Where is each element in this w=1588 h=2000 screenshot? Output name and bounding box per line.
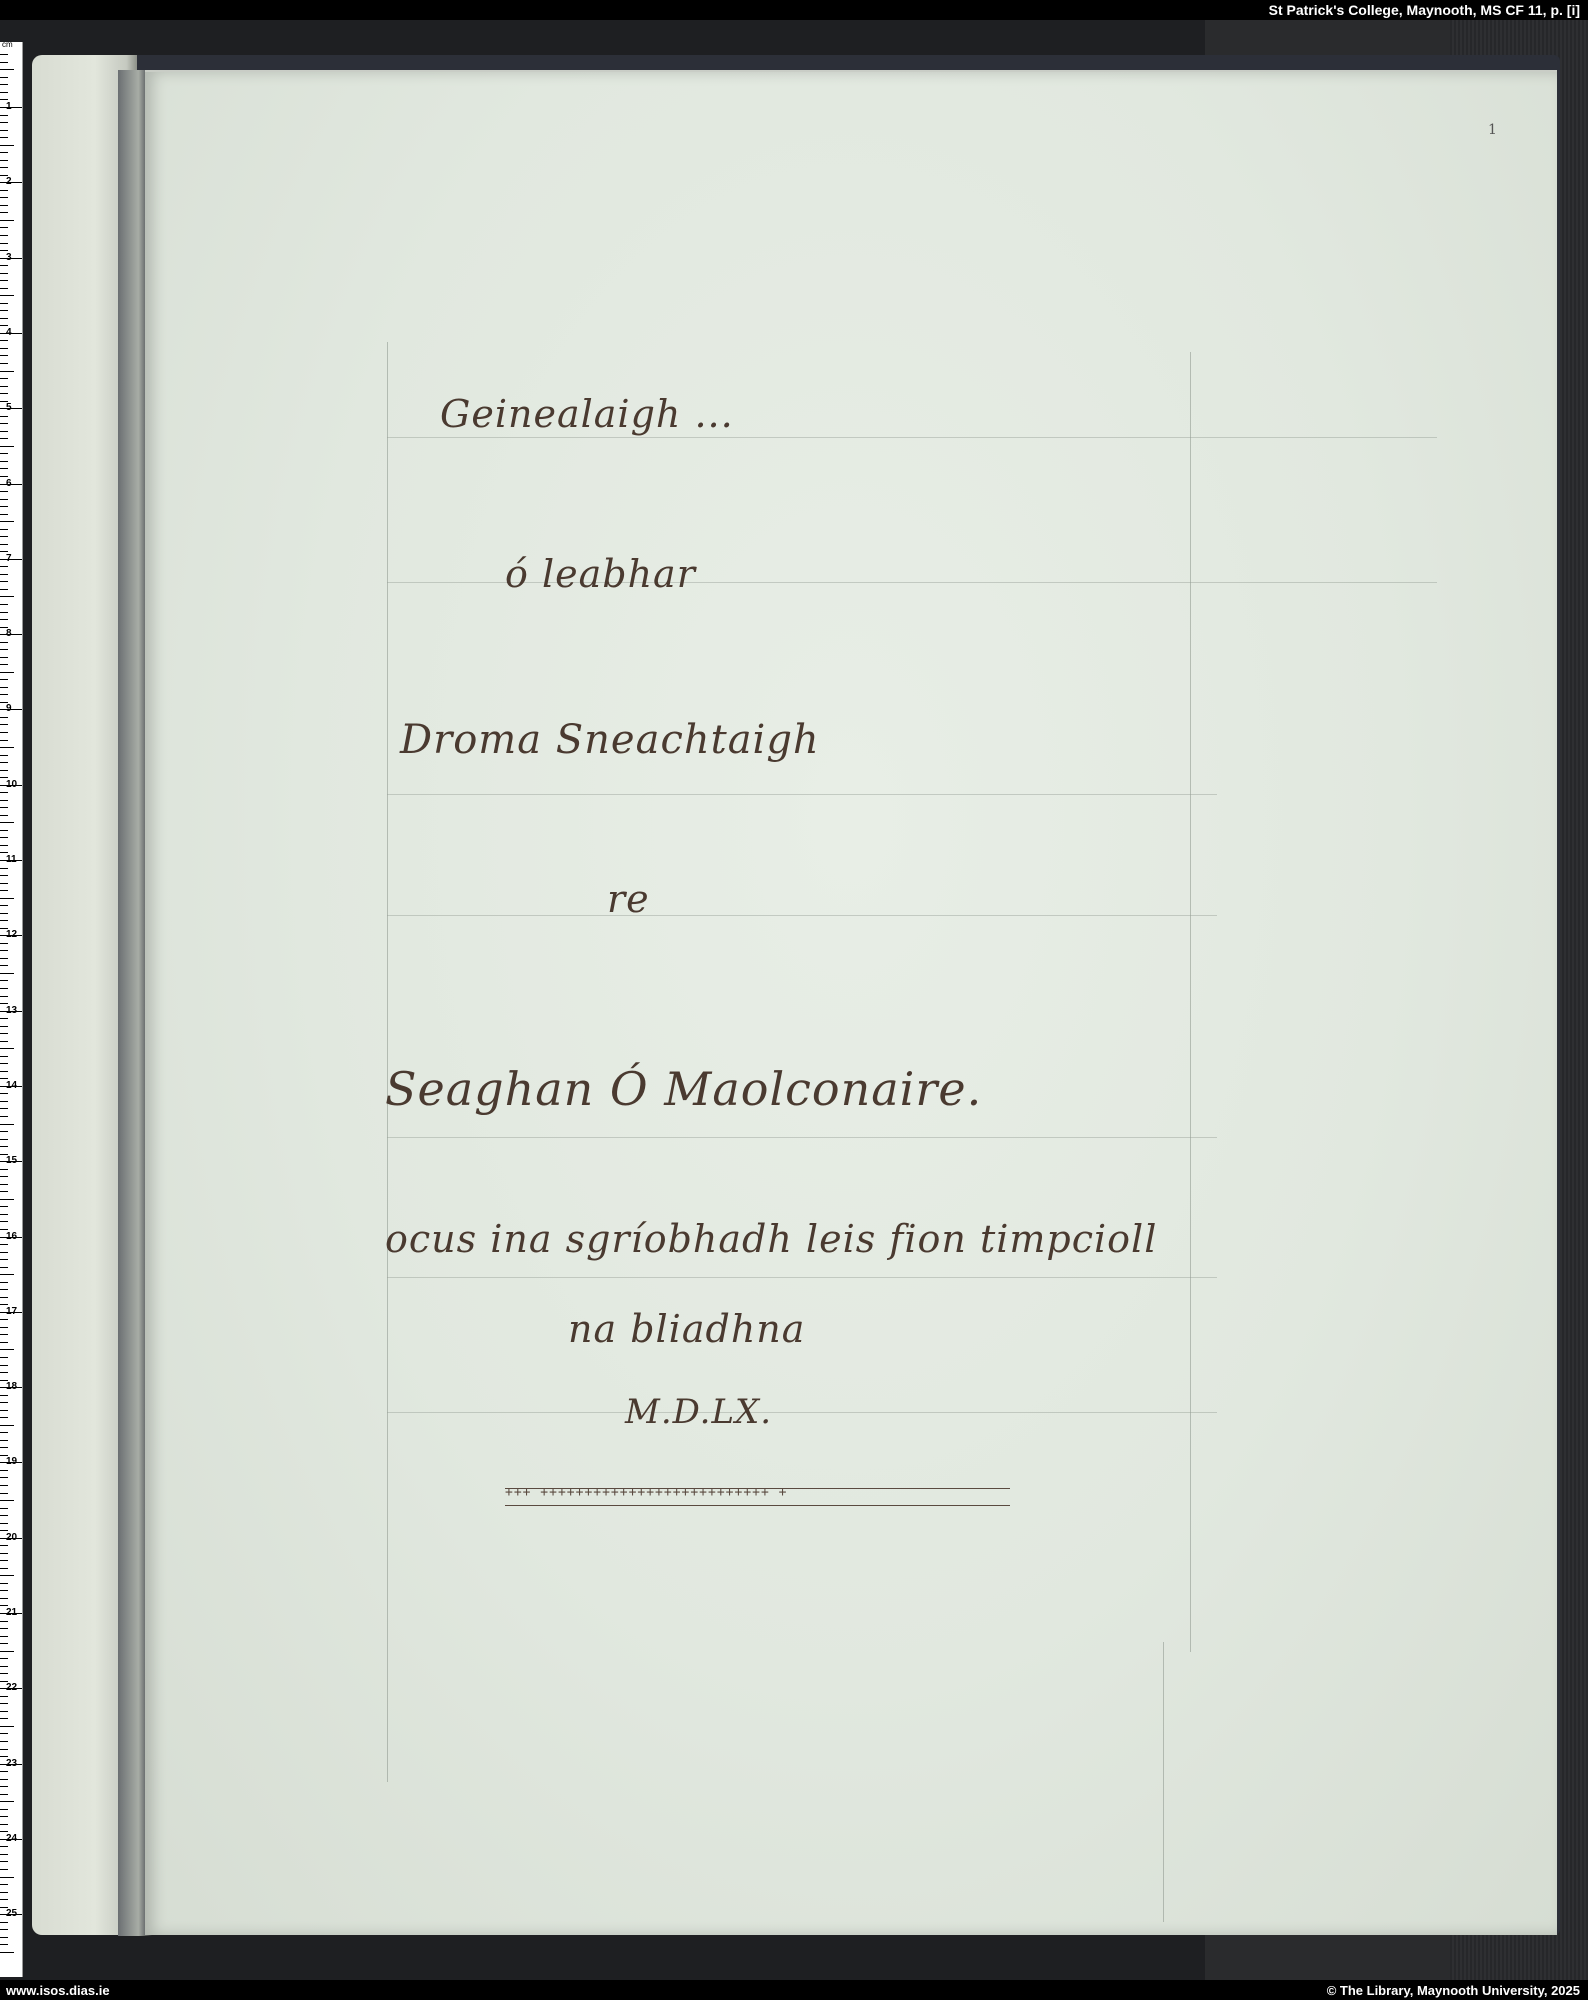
ruler-tick — [0, 770, 8, 771]
ruler-tick — [0, 1553, 8, 1554]
ruler-tick — [0, 1749, 8, 1750]
ruler-tick — [0, 762, 8, 763]
ruler-number: 14 — [6, 1080, 17, 1091]
ruler-tick — [0, 1673, 8, 1674]
ruler-tick — [0, 54, 8, 55]
ruler-tick — [0, 1944, 8, 1945]
ruler-number: 13 — [6, 1005, 17, 1016]
ruler-tick — [0, 1621, 8, 1622]
ruler-tick — [0, 1545, 8, 1546]
ruler-tick — [0, 378, 8, 379]
ruler-tick — [0, 1493, 8, 1494]
ruler-tick — [0, 1169, 8, 1170]
text-line-5: Seaghan Ó Maolconaire. — [385, 1062, 982, 1116]
ruler-tick — [0, 958, 8, 959]
ruler-tick — [0, 416, 8, 417]
ruler-tick — [0, 1124, 14, 1125]
ruler-tick — [0, 1410, 8, 1411]
ruler-number: 4 — [6, 327, 12, 338]
page-mark: 1 — [1488, 122, 1497, 138]
ruler-tick — [0, 1071, 8, 1072]
ruler-tick — [0, 1259, 8, 1260]
ruler-tick — [0, 453, 8, 454]
ruler-tick — [0, 1884, 8, 1885]
ruler-tick — [0, 1101, 8, 1102]
ruler-tick — [0, 280, 8, 281]
ruler-tick — [0, 363, 8, 364]
ruler-tick — [0, 1048, 14, 1049]
ruler-tick — [0, 792, 8, 793]
ruler-tick — [0, 1327, 8, 1328]
ruler-tick — [0, 996, 8, 997]
ruler-tick — [0, 883, 8, 884]
ruler-number: 9 — [6, 703, 12, 714]
ruler-tick — [0, 303, 8, 304]
ruler-tick — [0, 943, 8, 944]
copyright: © The Library, Maynooth University, 2025 — [1327, 1983, 1580, 1998]
ruler-tick — [0, 1056, 8, 1057]
ruler-number: 8 — [6, 628, 12, 639]
ruler-number: 17 — [6, 1306, 17, 1317]
ruler-tick — [0, 1583, 8, 1584]
ruler-number: 1 — [6, 101, 12, 112]
ruler-tick — [0, 1319, 8, 1320]
ruler-tick — [0, 1575, 14, 1576]
ruler-tick — [0, 1726, 14, 1727]
site-url: www.isos.dias.ie — [6, 1983, 110, 1998]
ruler-number: 18 — [6, 1381, 17, 1392]
ruler-tick — [0, 1018, 8, 1019]
ruler-tick — [0, 1779, 8, 1780]
ruler-tick — [0, 988, 8, 989]
header-bar: St Patrick's College, Maynooth, MS CF 11… — [0, 0, 1588, 20]
ruled-line — [387, 915, 1217, 916]
ruler-tick — [0, 318, 8, 319]
ruler-tick — [0, 649, 8, 650]
ruler-tick — [0, 807, 8, 808]
ruler-tick — [0, 265, 8, 266]
ruler-tick — [0, 1395, 8, 1396]
ruler-tick — [0, 1146, 8, 1147]
ruler-tick — [0, 122, 8, 123]
ruler-tick — [0, 1372, 8, 1373]
ruler-tick — [0, 1485, 8, 1486]
ruler-tick — [0, 1651, 14, 1652]
ruler-tick — [0, 1108, 8, 1109]
ruler-tick — [0, 800, 8, 801]
ruler-tick — [0, 1093, 8, 1094]
text-line-4: re — [607, 877, 650, 921]
ruler-number: 7 — [6, 553, 12, 564]
ruler-tick — [0, 845, 8, 846]
ruler-tick — [0, 687, 8, 688]
ruler-tick — [0, 310, 8, 311]
text-line-3: Droma Sneachtaigh — [400, 717, 820, 763]
ruler-tick — [0, 1470, 8, 1471]
ruler-tick — [0, 1041, 8, 1042]
ruler-tick — [0, 1131, 8, 1132]
margin-rule-right-lower — [1163, 1642, 1164, 1922]
ruler-tick — [0, 1508, 8, 1509]
ruler-tick — [0, 1282, 8, 1283]
ruler-tick — [0, 1116, 8, 1117]
ruler-tick — [0, 1568, 8, 1569]
text-line-8: M.D.LX. — [625, 1392, 772, 1432]
ruler-tick — [0, 875, 8, 876]
ruled-line — [387, 1277, 1217, 1278]
ruler-tick — [0, 491, 8, 492]
ruler-tick — [0, 905, 8, 906]
manuscript-page: 1 Geinealaigh ... ó leabhar Droma Sneach… — [145, 72, 1557, 1935]
ruler-tick — [0, 1598, 8, 1599]
ruler-tick — [0, 529, 8, 530]
ruler-tick — [0, 1139, 8, 1140]
ruler-tick — [0, 1334, 8, 1335]
ruler-tick — [0, 438, 8, 439]
ruler-tick — [0, 913, 8, 914]
ruler-tick — [0, 1786, 8, 1787]
ruler-tick — [0, 868, 8, 869]
ruler-tick — [0, 235, 8, 236]
ruler-tick — [0, 1274, 14, 1275]
text-line-6: ocus ina sgríobhadh leis fion timpcioll — [385, 1217, 1157, 1261]
ruler-tick — [0, 468, 8, 469]
ruler-tick — [0, 137, 8, 138]
ruler-tick — [0, 1922, 8, 1923]
ruler-number: 12 — [6, 929, 17, 940]
ruler-tick — [0, 1026, 8, 1027]
ruler-tick — [0, 431, 8, 432]
ruler-tick — [0, 190, 8, 191]
ruler-tick — [0, 1500, 14, 1501]
ruler-tick — [0, 596, 14, 597]
ruler-tick — [0, 1666, 8, 1667]
ruler-tick — [0, 220, 14, 221]
ruler-tick — [0, 732, 8, 733]
ruler-tick — [0, 1349, 14, 1350]
ruler-tick — [0, 1733, 8, 1734]
ruler-tick — [0, 657, 8, 658]
ruler-tick — [0, 740, 8, 741]
ruler-number: 15 — [6, 1155, 17, 1166]
ruler-tick — [0, 822, 14, 823]
ruler-tick — [0, 295, 14, 296]
ruler-tick — [0, 84, 8, 85]
ruler-tick — [0, 920, 8, 921]
ruler-number: 19 — [6, 1456, 17, 1467]
ruler-tick — [0, 1221, 8, 1222]
ruler-tick — [0, 1244, 8, 1245]
ruler-tick — [0, 1267, 8, 1268]
ruler-tick — [0, 1252, 8, 1253]
ruler-tick — [0, 1643, 8, 1644]
ruler-tick — [0, 642, 8, 643]
ruler-tick — [0, 1176, 8, 1177]
ruler-tick — [0, 197, 8, 198]
decorative-flourish: +++ ++++++++++++++++++++++++++ + — [505, 1488, 1010, 1506]
ruler-tick — [0, 340, 8, 341]
ruler-tick — [0, 115, 8, 116]
ruler-tick — [0, 965, 8, 966]
ruler-tick — [0, 1861, 8, 1862]
ruler-tick — [0, 1801, 14, 1802]
ruler-tick — [0, 679, 8, 680]
ruler-tick — [0, 1929, 8, 1930]
ruler-tick — [0, 205, 8, 206]
ruler-tick — [0, 1560, 8, 1561]
ruler-number: 2 — [6, 176, 12, 187]
cm-scale-ruler: cm 1234567891011121314151617181920212223… — [0, 42, 23, 1977]
ruler-tick — [0, 1854, 8, 1855]
ruler-tick — [0, 1771, 8, 1772]
ruled-line — [387, 794, 1217, 795]
ruler-tick — [0, 1703, 8, 1704]
ruler-tick — [0, 544, 8, 545]
ruler-tick — [0, 521, 14, 522]
ruler-tick — [0, 1063, 8, 1064]
ruler-tick — [0, 355, 8, 356]
ruler-tick — [0, 815, 8, 816]
ruler-number: 23 — [6, 1758, 17, 1769]
ruler-tick — [0, 1952, 14, 1953]
ruler-tick — [0, 1402, 8, 1403]
ruler-number: 25 — [6, 1908, 17, 1919]
flourish-glyphs: +++ ++++++++++++++++++++++++++ + — [505, 1485, 787, 1500]
ruler-number: 11 — [6, 854, 17, 865]
ruler-tick — [0, 167, 8, 168]
ruler-tick — [0, 1718, 8, 1719]
ruler-tick — [0, 1899, 8, 1900]
ruler-tick — [0, 69, 14, 70]
ruler-tick — [0, 423, 8, 424]
ruler-tick — [0, 1741, 8, 1742]
ruler-tick — [0, 243, 8, 244]
ruled-line — [387, 1137, 1217, 1138]
ruler-tick — [0, 694, 8, 695]
ruler-tick — [0, 1515, 8, 1516]
manuscript-title: St Patrick's College, Maynooth, MS CF 11… — [1269, 2, 1580, 18]
ruler-tick — [0, 1869, 8, 1870]
ruler-tick — [0, 227, 8, 228]
ruler-tick — [0, 1937, 8, 1938]
ruler-tick — [0, 747, 14, 748]
ruler-tick — [0, 830, 8, 831]
ruler-tick — [0, 1199, 14, 1200]
ruler-tick — [0, 574, 8, 575]
ruler-tick — [0, 1432, 8, 1433]
ruler-tick — [0, 1297, 8, 1298]
ruler-tick — [0, 130, 8, 131]
ruler-tick — [0, 1658, 8, 1659]
ruler-tick — [0, 1846, 8, 1847]
ruler-tick — [0, 1447, 8, 1448]
ruled-line — [387, 437, 1437, 438]
ruler-tick — [0, 1477, 8, 1478]
ruler-tick — [0, 393, 8, 394]
ruler-tick — [0, 1877, 14, 1878]
ruler-tick — [0, 1033, 8, 1034]
ruler-number: 10 — [6, 779, 17, 790]
ruler-tick — [0, 1417, 8, 1418]
ruler-tick — [0, 589, 8, 590]
ruler-tick — [0, 348, 8, 349]
margin-rule-right — [1190, 352, 1191, 1652]
ruler-tick — [0, 273, 8, 274]
ruler-tick — [0, 672, 14, 673]
ruler-unit: cm — [2, 40, 13, 49]
ruler-number: 6 — [6, 478, 12, 489]
ruler-tick — [0, 1206, 8, 1207]
ruler-number: 24 — [6, 1833, 17, 1844]
ruler-tick — [0, 890, 8, 891]
ruler-tick — [0, 612, 8, 613]
ruler-tick — [0, 77, 8, 78]
ruler-tick — [0, 724, 8, 725]
ruler-tick — [0, 536, 8, 537]
ruler-tick — [0, 1816, 8, 1817]
ruler-tick — [0, 145, 14, 146]
ruler-tick — [0, 92, 8, 93]
ruler-tick — [0, 62, 8, 63]
ruler-tick — [0, 1184, 8, 1185]
text-line-7: na bliadhna — [568, 1307, 805, 1351]
ruler-number: 22 — [6, 1682, 17, 1693]
ruler-tick — [0, 1824, 8, 1825]
ruler-tick — [0, 664, 8, 665]
ruler-tick — [0, 566, 8, 567]
ruled-line — [387, 1412, 1217, 1413]
ruler-tick — [0, 499, 8, 500]
ruler-tick — [0, 1425, 14, 1426]
ruler-tick — [0, 755, 8, 756]
ruler-tick — [0, 950, 8, 951]
ruler-tick — [0, 1590, 8, 1591]
ruler-tick — [0, 1809, 8, 1810]
ruler-tick — [0, 212, 8, 213]
ruler-tick — [0, 514, 8, 515]
ruler-tick — [0, 837, 8, 838]
ruler-number: 5 — [6, 402, 12, 413]
ruler-tick — [0, 1214, 8, 1215]
ruler-tick — [0, 1794, 8, 1795]
ruler-tick — [0, 1892, 8, 1893]
ruler-tick — [0, 898, 14, 899]
ruler-tick — [0, 506, 8, 507]
ruler-tick — [0, 1357, 8, 1358]
ruler-number: 16 — [6, 1231, 17, 1242]
ruler-tick — [0, 619, 8, 620]
ruler-tick — [0, 386, 8, 387]
ruler-tick — [0, 160, 8, 161]
ruler-tick — [0, 288, 8, 289]
footer-bar: www.isos.dias.ie © The Library, Maynooth… — [0, 1980, 1588, 2000]
ruler-tick — [0, 1191, 8, 1192]
ruler-tick — [0, 1365, 8, 1366]
text-line-2: ó leabhar — [505, 552, 696, 596]
ruler-tick — [0, 973, 14, 974]
ruler-tick — [0, 1628, 8, 1629]
ruler-tick — [0, 446, 14, 447]
ruler-tick — [0, 581, 8, 582]
ruler-tick — [0, 461, 8, 462]
ruler-tick — [0, 980, 8, 981]
ruler-tick — [0, 1342, 8, 1343]
ruler-tick — [0, 1289, 8, 1290]
ruler-tick — [0, 371, 14, 372]
ruler-tick — [0, 1711, 8, 1712]
ruler-tick — [0, 1696, 8, 1697]
ruler-tick — [0, 717, 8, 718]
ruler-number: 3 — [6, 252, 12, 263]
ruler-number: 20 — [6, 1532, 17, 1543]
ruler-tick — [0, 604, 8, 605]
ruler-tick — [0, 1636, 8, 1637]
ruler-tick — [0, 152, 8, 153]
ruler-tick — [0, 1523, 8, 1524]
text-line-1: Geinealaigh ... — [440, 392, 734, 436]
ruler-number: 21 — [6, 1607, 17, 1618]
ruler-tick — [0, 1440, 8, 1441]
